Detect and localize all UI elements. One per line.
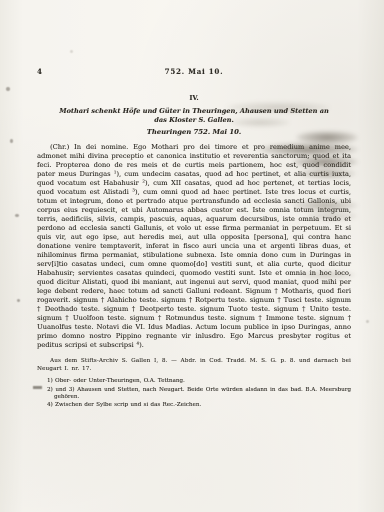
running-header: 752. Mai 10. xyxy=(37,67,351,76)
scan-speck xyxy=(6,87,10,91)
footnote-2-3-label: 2) und 3) xyxy=(47,387,75,393)
text-block: 4 752. Mai 10. IV. Mothari schenkt Höfe … xyxy=(37,67,351,411)
page-number: 4 xyxy=(37,67,42,76)
scanned-book-page: 4 752. Mai 10. IV. Mothari schenkt Höfe … xyxy=(0,0,384,512)
footnote-1: 1) Ober- oder Unter-Theuringen, O.A. Tet… xyxy=(37,378,351,385)
charter-title: Mothari schenkt Höfe und Güter in Theuri… xyxy=(52,107,336,125)
footnote-1-label: 1) xyxy=(47,378,53,384)
footnote-4: 4) Zwischen der Sylbe scrip und si das R… xyxy=(37,402,351,409)
scan-speck xyxy=(15,214,19,217)
scan-speck xyxy=(366,320,369,323)
footnote-4-label: 4) xyxy=(47,402,53,408)
scan-speck xyxy=(17,299,20,302)
charter-dateline: Theuringen 752. Mai 10. xyxy=(37,128,351,136)
page-header: 4 752. Mai 10. xyxy=(37,67,351,77)
footnote-2-3-text: Ahausen und Stetten, nach Neugart. Beide… xyxy=(54,387,351,400)
footnote-4-text: Zwischen der Sylbe scrip und si das Rec.… xyxy=(55,402,201,408)
footnote-1-text: Ober- oder Unter-Theuringen, O.A. Tettna… xyxy=(55,378,185,384)
charter-numeral: IV. xyxy=(37,94,351,102)
scan-speck xyxy=(10,139,13,143)
source-note: Aus dem Stifts-Archiv S. Gallen I, 8. — … xyxy=(37,358,351,373)
footnote-2-3: 2) und 3) Ahausen und Stetten, nach Neug… xyxy=(37,387,351,402)
charter-body: (Chr.) In dei nomine. Ego Mothari pro de… xyxy=(37,143,351,350)
footnotes-block: 1) Ober- oder Unter-Theuringen, O.A. Tet… xyxy=(37,378,351,410)
scan-speck xyxy=(70,50,73,53)
